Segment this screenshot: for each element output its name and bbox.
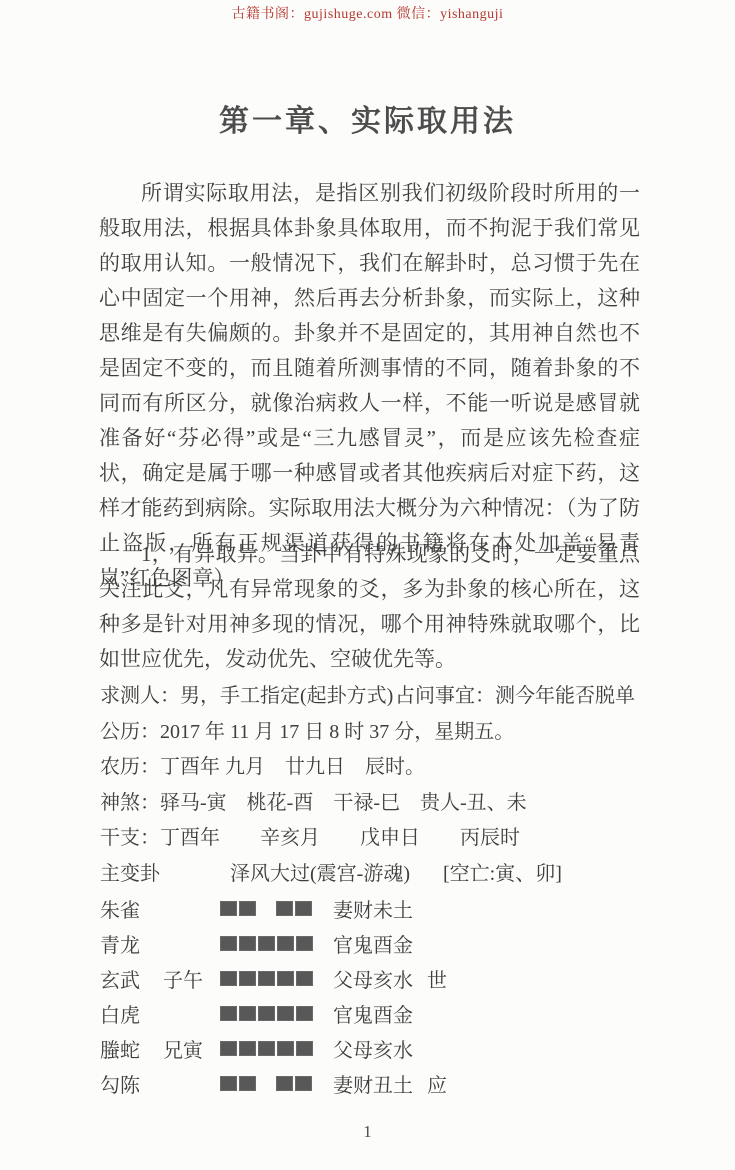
kongwang-text: [空亡:寅、卯]: [443, 857, 562, 886]
paragraph-rule-1: 1，有异取异。当卦中有特殊现象的爻时，一定要重点关注此爻，凡有异常现象的爻，多为…: [99, 537, 640, 677]
six-god-label: 朱雀: [100, 894, 163, 923]
lunar-date-text: 农历：丁酉年 九月 廿九日 辰时。: [100, 750, 425, 779]
hexagram-line-icon: [220, 1041, 333, 1056]
hidden-spirit-label: 子午: [163, 964, 220, 993]
case-line-lunar: 农历：丁酉年 九月 廿九日 辰时。: [100, 747, 660, 783]
hexagram-row: 朱雀 妻财未土: [100, 891, 660, 926]
seeker-text: 求测人：男，手工指定(起卦方式): [100, 679, 395, 708]
hexagram-row: 螣蛇 兄寅 父母亥水: [100, 1031, 660, 1066]
hexagram-line-icon: [220, 1006, 333, 1021]
six-god-label: 青龙: [100, 929, 163, 958]
case-line-seeker: 求测人：男，手工指定(起卦方式) 占问事宜：测今年能否脱单: [100, 676, 660, 712]
shensha-text: 神煞：驿马-寅 桃花-酉 干禄-巳 贵人-丑、未: [100, 786, 527, 815]
page-number: 1: [0, 1122, 735, 1142]
hexagram-row: 青龙 官鬼酉金: [100, 926, 660, 961]
shi-ying-marker: 应: [427, 1069, 467, 1098]
hexagram-line-icon: [220, 971, 333, 986]
watermark-header: 古籍书阁：gujishuge.com 微信：yishanguji: [0, 3, 735, 23]
hexagram-line-icon: [220, 936, 333, 951]
ganzhi-text: 干支：丁酉年 辛亥月 戊申日 丙辰时: [100, 821, 520, 850]
question-text: 占问事宜：测今年能否脱单: [395, 679, 635, 708]
page-title: 第一章、实际取用法: [0, 96, 735, 140]
case-info-block: 求测人：男，手工指定(起卦方式) 占问事宜：测今年能否脱单 公历：2017 年 …: [100, 676, 660, 889]
hexagram-row: 玄武 子午 父母亥水 世: [100, 961, 660, 996]
gua-name: 泽风大过(震宫-游魂): [230, 857, 443, 886]
shi-ying-marker: 世: [427, 964, 467, 993]
yao-text: 妻财丑土: [333, 1069, 427, 1098]
yao-text: 父母亥水: [333, 1034, 427, 1063]
case-line-ganzhi: 干支：丁酉年 辛亥月 戊申日 丙辰时: [100, 818, 660, 854]
hexagram-row: 白虎 官鬼酉金: [100, 996, 660, 1031]
hexagram-line-icon: [220, 1076, 333, 1091]
paragraph-intro: 所谓实际取用法，是指区别我们初级阶段时所用的一般取用法，根据具体卦象具体取用，而…: [99, 176, 640, 596]
case-line-shensha: 神煞：驿马-寅 桃花-酉 干禄-巳 贵人-丑、未: [100, 783, 660, 819]
solar-date-text: 公历：2017 年 11 月 17 日 8 时 37 分，星期五。: [100, 715, 514, 744]
case-line-solar: 公历：2017 年 11 月 17 日 8 时 37 分，星期五。: [100, 712, 660, 748]
hexagram-line-icon: [220, 901, 333, 916]
yao-text: 官鬼酉金: [333, 929, 427, 958]
gua-label: 主变卦: [100, 857, 230, 886]
yao-text: 官鬼酉金: [333, 999, 427, 1028]
case-line-gua: 主变卦 泽风大过(震宫-游魂) [空亡:寅、卯]: [100, 854, 660, 890]
six-god-label: 白虎: [100, 999, 163, 1028]
hidden-spirit-label: 兄寅: [163, 1034, 220, 1063]
yao-text: 父母亥水: [333, 964, 427, 993]
six-god-label: 勾陈: [100, 1069, 163, 1098]
hexagram-row: 勾陈 妻财丑土 应: [100, 1066, 660, 1101]
yao-text: 妻财未土: [333, 894, 427, 923]
six-god-label: 螣蛇: [100, 1034, 163, 1063]
hexagram-table: 朱雀 妻财未土 青龙 官鬼酉金 玄武 子午 父母亥水 世 白虎 官鬼酉金 螣蛇 …: [100, 891, 660, 1101]
six-god-label: 玄武: [100, 964, 163, 993]
